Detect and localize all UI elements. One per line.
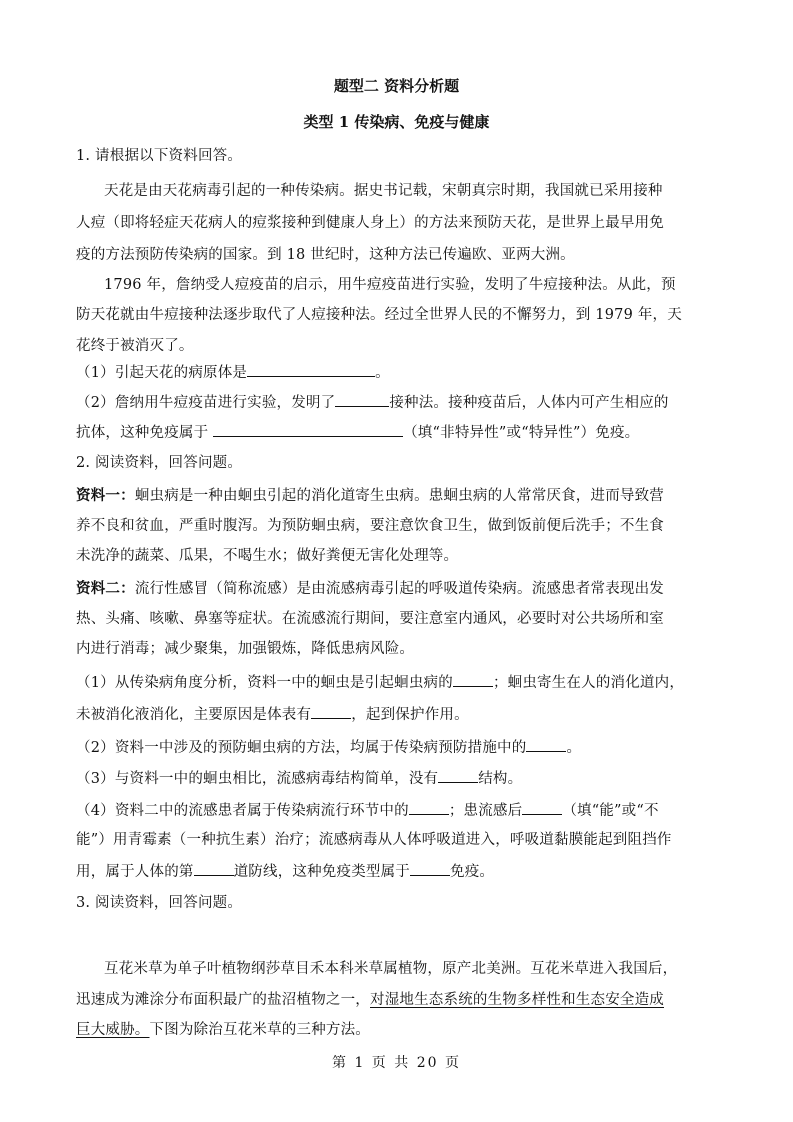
q3-stem: 3. 阅读资料，回答问题。 [76,893,722,913]
q2-sub4-text: 免疫。 [450,864,494,880]
answer-blank[interactable] [335,392,389,407]
q2-sub3-text: 结构。 [478,771,522,787]
answer-blank[interactable] [311,704,351,719]
q2-sub4-text: 道防线，这种免疫类型属于 [234,864,410,880]
q3-text: 下图为除治互花米草的三种方法。 [150,1022,371,1038]
q2-sub4-text: （填“能”或“不 [562,803,658,819]
q1-para1-line: 天花是由天花病毒引起的一种传染病。据史书记载，宋朝真宗时期，我国就已采用接种 [104,181,722,201]
material-2-text: 流行性感冒（简称流感）是由流感病毒引起的呼吸道传染病。流感患者常表现出发 [135,581,664,597]
answer-blank[interactable] [409,800,449,815]
q3-para-line: 迅速成为滩涂分布面积最广的盐沼植物之一，对湿地生态系统的生物多样性和生态安全造成 [76,990,722,1010]
q3-text: 迅速成为滩涂分布面积最广的盐沼植物之一， [76,992,370,1008]
q1-sub2-line2: 抗体，这种免疫属于 （填“非特异性”或“特异性”）免疫。 [76,422,722,443]
q1-sub2-text: （填“非特异性”或“特异性”）免疫。 [403,425,639,441]
q2-sub4-line3: 用，属于人体的第道防线，这种免疫类型属于免疫。 [76,861,722,882]
q2-sub4-text: 用，属于人体的第 [76,864,194,880]
q1-sub1: （1）引起天花的病原体是。 [76,362,722,383]
q2-stem: 2. 阅读资料，回答问题。 [76,453,722,473]
material-1-text: 蛔虫病是一种由蛔虫引起的消化道寄生虫病。患蛔虫病的人常常厌食，进而导致营 [135,488,664,504]
answer-blank[interactable] [438,768,478,783]
material-1-line: 养不良和贫血，严重时腹泻。为预防蛔虫病，要注意饮食卫生，做到饭前便后洗手；不生食 [76,516,722,536]
q2-sub2-end: 。 [566,740,581,756]
material-2-line: 资料二：流行性感冒（简称流感）是由流感病毒引起的呼吸道传染病。流感患者常表现出发 [76,579,722,599]
q1-para1-line: 疫的方法预防传染病的国家。到 18 世纪时，这种方法已传遍欧、亚两大洲。 [76,245,722,265]
material-2-line: 热、头痛、咳嗽、鼻塞等症状。在流感流行期间，要注意室内通风，必要时对公共场所和室 [76,609,722,629]
q1-stem: 1. 请根据以下资料回答。 [76,146,722,166]
q2-sub2-text: （2）资料一中涉及的预防蛔虫病的方法，均属于传染病预防措施中的 [76,740,526,756]
material-2-line: 内进行消毒；减少聚集，加强锻炼，降低患病风险。 [76,639,722,659]
document-page: 题型二 资料分析题 类型 1 传染病、免疫与健康 1. 请根据以下资料回答。 天… [0,0,793,1122]
q3-underlined-text: 对湿地生态系统的生物多样性和生态安全造成 [370,992,664,1008]
q3-para-line: 互花米草为单子叶植物纲莎草目禾本科米草属植物，原产北美洲。互花米草进入我国后， [104,959,722,979]
answer-blank[interactable] [410,861,450,876]
answer-blank[interactable] [526,737,566,752]
q2-sub3-text: （3）与资料一中的蛔虫相比，流感病毒结构简单，没有 [76,771,438,787]
answer-blank[interactable] [213,422,403,437]
answer-blank[interactable] [194,861,234,876]
q2-sub1-text: ，起到保护作用。 [351,707,469,723]
q1-para2-line: 1796 年，詹纳受人痘疫苗的启示，用牛痘疫苗进行实验，发明了牛痘接种法。从此，… [104,275,722,295]
answer-blank[interactable] [522,800,562,815]
answer-blank[interactable] [453,672,493,687]
q3-para-line: 巨大威胁。下图为除治互花米草的三种方法。 [76,1020,722,1040]
answer-blank[interactable] [247,362,375,377]
q2-sub4-line2: 能”）用青霉素（一种抗生素）治疗；流感病毒从人体呼吸道进入，呼吸道黏膜能起到阻挡… [76,830,722,850]
q1-sub2-text: 接种法。接种疫苗后，人体内可产生相应的 [389,395,668,411]
q1-sub1-text: （1）引起天花的病原体是 [76,365,247,381]
q2-sub1-text: 未被消化液消化，主要原因是体表有 [76,707,311,723]
q2-sub1-line1: （1）从传染病角度分析，资料一中的蛔虫是引起蛔虫病的；蛔虫寄生在人的消化道内， [76,672,722,693]
q1-sub2-text: （2）詹纳用牛痘疫苗进行实验，发明了 [76,395,335,411]
q2-sub4-text: （4）资料二中的流感患者属于传染病流行环节中的 [76,803,409,819]
material-2-label: 资料二： [76,580,135,597]
material-1-line: 未洗净的蔬菜、瓜果，不喝生水；做好粪便无害化处理等。 [76,546,722,566]
q2-sub1-text: ；蛔虫寄生在人的消化道内， [493,675,684,691]
q2-sub1-line2: 未被消化液消化，主要原因是体表有，起到保护作用。 [76,704,722,725]
q2-sub4-text: ；患流感后 [449,803,523,819]
page-number: 第 1 页 共 20 页 [0,1052,793,1072]
q1-para2-line: 防天花就由牛痘接种法逐步取代了人痘接种法。经过全世界人民的不懈努力，到 1979… [76,305,722,325]
q1-para1-line: 人痘（即将轻症天花病人的痘浆接种到健康人身上）的方法来预防天花，是世界上最早用免 [76,213,722,233]
material-1-label: 资料一： [76,487,135,504]
q2-sub2: （2）资料一中涉及的预防蛔虫病的方法，均属于传染病预防措施中的。 [76,737,722,758]
q1-para2-line: 花终于被消灭了。 [76,336,722,356]
q3-underlined-text: 巨大威胁。 [76,1022,150,1038]
q1-sub2-line1: （2）詹纳用牛痘疫苗进行实验，发明了接种法。接种疫苗后，人体内可产生相应的 [76,392,722,413]
q1-sub2-text: 抗体，这种免疫属于 [76,425,213,441]
q2-sub1-text: （1）从传染病角度分析，资料一中的蛔虫是引起蛔虫病的 [76,675,453,691]
q2-sub3: （3）与资料一中的蛔虫相比，流感病毒结构简单，没有结构。 [76,768,722,789]
section-title: 题型二 资料分析题 [0,76,793,96]
section-subtitle: 类型 1 传染病、免疫与健康 [0,112,793,132]
q1-sub1-end: 。 [375,365,390,381]
material-1-line: 资料一：蛔虫病是一种由蛔虫引起的消化道寄生虫病。患蛔虫病的人常常厌食，进而导致营 [76,486,722,506]
q2-sub4-line1: （4）资料二中的流感患者属于传染病流行环节中的；患流感后（填“能”或“不 [76,800,722,821]
